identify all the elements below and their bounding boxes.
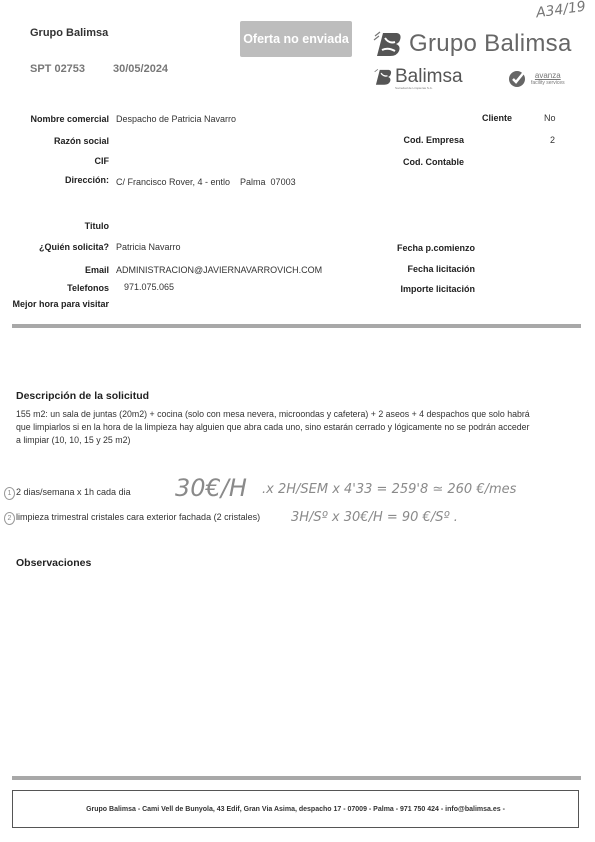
section-divider [12, 324, 581, 328]
value-telefonos: 971.075.065 [124, 282, 174, 292]
value-email: ADMINISTRACION@JAVIERNAVARROVICH.COM [116, 265, 322, 275]
footer-box: Grupo Balimsa - Cami Vell de Bunyola, 43… [12, 790, 579, 828]
logo-avanza-subtitle: facility services [531, 80, 565, 86]
balimsa-logo: Balimsa Sociedad de Limpiezas S.A. [373, 66, 463, 88]
label-mejor-hora: Mejor hora para visitar [0, 299, 109, 310]
descripcion-text: 155 m2: un sala de juntas (20m2) + cocin… [16, 408, 536, 447]
value-cod-empresa: 2 [550, 135, 555, 145]
label-email: Email [0, 265, 109, 275]
grupo-balimsa-logo: Grupo Balimsa [373, 30, 572, 58]
label-cod-contable: Cod. Contable [380, 157, 464, 167]
logo-balimsa-text: Balimsa [395, 66, 463, 88]
label-telefonos: Telefonos [0, 283, 109, 293]
avanza-logo: avanza facility services [508, 68, 565, 88]
label-importe-licitacion: Importe licitación [380, 284, 475, 294]
item-text: limpieza trimestral cristales cara exter… [16, 512, 260, 522]
label-nombre-comercial: Nombre comercial [0, 114, 109, 124]
handwritten-calc-2: 3H/Sº x 30€/H = 90 €/Sº . [291, 510, 458, 525]
balimsa-b-small-icon [373, 68, 393, 86]
reference-number: SPT 02753 [30, 63, 85, 75]
footer-divider [12, 776, 581, 780]
document-date: 30/05/2024 [113, 63, 168, 75]
item-number-circle: 2 [4, 512, 15, 525]
label-titulo: Titulo [0, 221, 109, 231]
company-name: Grupo Balimsa [30, 27, 108, 39]
list-item: 2limpieza trimestral cristales cara exte… [4, 512, 260, 525]
label-cif: CIF [0, 156, 109, 166]
handwritten-rate: 30€/H [175, 474, 247, 502]
label-quien-solicita: ¿Quién solicita? [0, 242, 109, 252]
list-item: 12 dias/semana x 1h cada dia [4, 487, 131, 500]
footer-text: Grupo Balimsa - Cami Vell de Bunyola, 43… [86, 806, 505, 813]
label-cod-empresa: Cod. Empresa [380, 135, 464, 145]
handwritten-calc-1: .x 2H/SEM x 4'33 = 259'8 ≃ 260 €/mes [262, 482, 516, 497]
avanza-check-icon [508, 68, 528, 88]
label-direccion: Dirección: [0, 175, 109, 185]
item-text: 2 dias/semana x 1h cada dia [16, 487, 131, 497]
observaciones-title: Observaciones [16, 557, 91, 569]
value-nombre-comercial: Despacho de Patricia Navarro [116, 114, 236, 124]
logo-avanza-text: avanza [535, 71, 561, 80]
balimsa-b-icon [373, 30, 403, 58]
label-fecha-comienzo: Fecha p.comienzo [380, 243, 475, 253]
value-cliente: No [544, 113, 556, 123]
label-cliente: Cliente [440, 113, 512, 123]
logo-balimsa-subtitle: Sociedad de Limpiezas S.A. [395, 86, 433, 90]
handwritten-reference: A34/19 [535, 0, 587, 21]
status-badge: Oferta no enviada [240, 21, 352, 57]
item-number-circle: 1 [4, 487, 15, 500]
label-razon-social: Razón social [0, 136, 109, 146]
value-direccion: C/ Francisco Rover, 4 - entlo Palma 0700… [116, 177, 296, 187]
logo-main-text: Grupo Balimsa [409, 30, 572, 58]
value-quien-solicita: Patricia Navarro [116, 242, 181, 252]
label-fecha-licitacion: Fecha licitación [380, 264, 475, 274]
descripcion-title: Descripción de la solicitud [16, 390, 149, 402]
